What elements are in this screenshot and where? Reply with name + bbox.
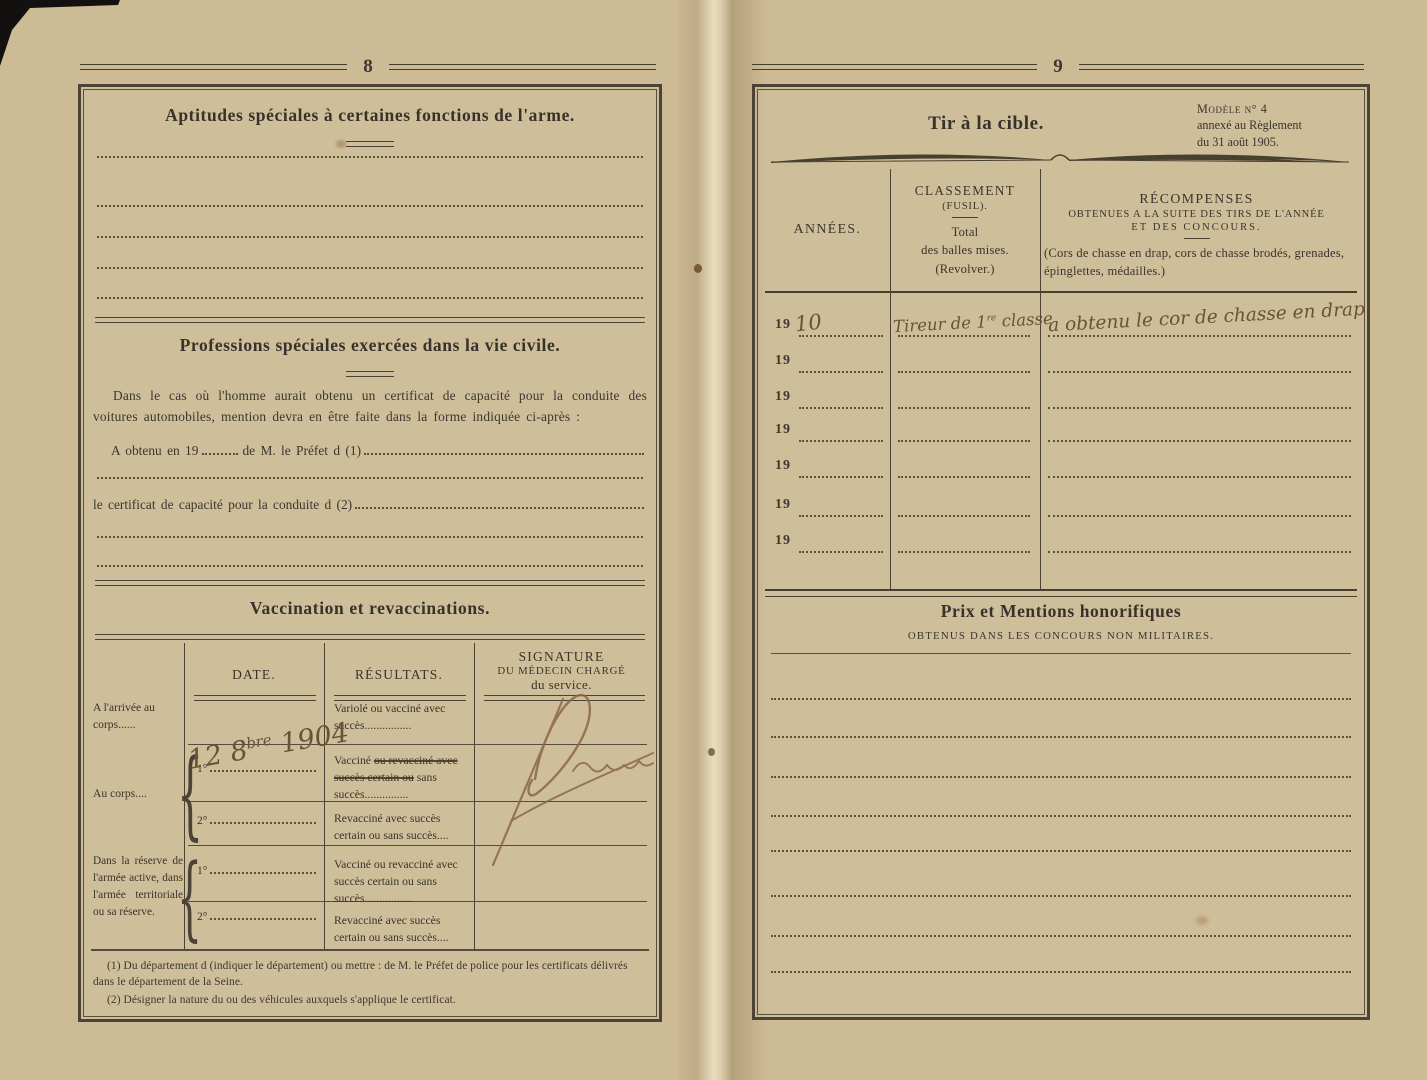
page-number-rule bbox=[752, 64, 1037, 70]
year-prefix: 19 bbox=[775, 422, 791, 438]
total-label: Total bbox=[890, 223, 1040, 241]
vaccination-table: DATE. RÉSULTATS. SIGNATURE DU MÉDECIN CH… bbox=[91, 643, 649, 955]
signature-header-line1: SIGNATURE bbox=[519, 649, 605, 664]
cell-dots bbox=[1048, 371, 1351, 373]
page8-content: Aptitudes spéciales à certaines fonction… bbox=[91, 87, 649, 1019]
paper-hole bbox=[708, 748, 715, 756]
signature-header-line2: DU MÉDECIN CHARGÉ bbox=[474, 665, 649, 677]
paper-hole bbox=[694, 264, 702, 273]
cell-dots bbox=[1048, 440, 1351, 442]
year-dots bbox=[799, 335, 883, 337]
year-dots bbox=[799, 440, 883, 442]
dotted-line bbox=[97, 536, 643, 538]
fusil-label: (FUSIL). bbox=[890, 201, 1040, 212]
doctor-signature bbox=[477, 681, 657, 871]
year-prefix: 19 bbox=[775, 458, 791, 474]
page9-number-row: 9 bbox=[752, 56, 1364, 78]
result-text: Revacciné avec succès certain ou sans su… bbox=[334, 811, 470, 845]
column-divider bbox=[324, 643, 325, 949]
year-dots bbox=[799, 407, 883, 409]
prix-subtitle: OBTENUS DANS LES CONCOURS NON MILITAIRES… bbox=[765, 630, 1357, 642]
year-dots bbox=[799, 371, 883, 373]
dotted-line bbox=[771, 815, 1351, 817]
balles-label: des balles mises. bbox=[890, 241, 1040, 259]
table-bottom-rule bbox=[91, 949, 649, 951]
result-text: Vacciné ou revacciné avec succès certain… bbox=[334, 857, 470, 908]
dotted-line bbox=[771, 653, 1351, 654]
ord-label: 2° bbox=[197, 911, 207, 923]
small-dash bbox=[1184, 238, 1210, 239]
recompenses-column-header: RÉCOMPENSES OBTENUES A LA SUITE DES TIRS… bbox=[1040, 191, 1353, 281]
military-booklet-scan: 8 Aptitudes spéciales à certaines foncti… bbox=[0, 0, 1427, 1080]
decorative-swell-rule bbox=[765, 147, 1355, 169]
dotted-line bbox=[771, 698, 1351, 700]
ord-label: 2° bbox=[197, 815, 207, 827]
tir-table: ANNÉES. CLASSEMENT (FUSIL). Total des ba… bbox=[765, 169, 1357, 599]
model-note-line2: annexé au Règlement bbox=[1197, 117, 1355, 133]
dotted-line bbox=[771, 736, 1351, 738]
revolver-label: (Revolver.) bbox=[890, 260, 1040, 278]
page8-frame: Aptitudes spéciales à certaines fonction… bbox=[78, 84, 662, 1022]
page-number-rule bbox=[389, 64, 656, 70]
footnote-2: (2) Désigner la nature du ou des véhicul… bbox=[93, 993, 647, 1009]
ord-row: 2° bbox=[197, 815, 319, 827]
dotted-line bbox=[97, 267, 643, 269]
blank-dots bbox=[364, 453, 644, 455]
tir-title: Tir à la cible. bbox=[765, 113, 1207, 135]
dotted-line bbox=[771, 850, 1351, 852]
brace: { bbox=[177, 845, 202, 951]
obtenu-line: A obtenu en 19 de M. le Préfet d (1) bbox=[111, 443, 647, 459]
recompenses-label: RÉCOMPENSES bbox=[1040, 191, 1353, 207]
footnote-1: (1) Du département d (indiquer le départ… bbox=[93, 959, 647, 991]
dotted-line bbox=[97, 205, 643, 207]
cell-dots bbox=[898, 335, 1030, 337]
ord-row: 2° bbox=[197, 911, 319, 923]
recompenses-sub2: ET DES CONCOURS. bbox=[1040, 222, 1353, 233]
cell-dots bbox=[898, 515, 1030, 517]
prix-title: Prix et Mentions honorifiques bbox=[765, 601, 1357, 622]
blank-dots bbox=[202, 453, 238, 455]
result-part: Vacciné bbox=[334, 754, 374, 767]
cell-dots bbox=[1048, 515, 1351, 517]
handwritten-year: 10 bbox=[794, 310, 823, 337]
dotted-line bbox=[771, 895, 1351, 897]
title-rule bbox=[346, 371, 394, 377]
professions-paragraph: Dans le cas où l'homme aurait obtenu un … bbox=[93, 385, 647, 428]
certificat-label: le certificat de capacité pour la condui… bbox=[93, 497, 352, 513]
classement-label: CLASSEMENT bbox=[890, 183, 1040, 199]
section-divider bbox=[95, 317, 645, 323]
page-number-rule bbox=[80, 64, 347, 70]
section-divider bbox=[95, 580, 645, 586]
year-prefix: 19 bbox=[775, 497, 791, 513]
dotted-line bbox=[97, 297, 643, 299]
header-heavy-rule bbox=[765, 291, 1357, 293]
obtenu-label: A obtenu en 19 bbox=[111, 443, 198, 459]
dotted-line bbox=[97, 477, 643, 479]
blank-dots bbox=[210, 872, 316, 874]
year-prefix: 19 bbox=[775, 389, 791, 405]
result-text: Vacciné ou revacciné avec succès certain… bbox=[334, 753, 470, 804]
year-prefix: 19 bbox=[775, 353, 791, 369]
page8-number: 8 bbox=[363, 56, 373, 78]
page9-frame: Tir à la cible. Modèle n° 4 annexé au Rè… bbox=[752, 84, 1370, 1020]
page9-content: Tir à la cible. Modèle n° 4 annexé au Rè… bbox=[765, 87, 1357, 1017]
years-header-label: ANNÉES. bbox=[765, 221, 890, 237]
dotted-line bbox=[771, 935, 1351, 937]
page9-number: 9 bbox=[1053, 56, 1063, 78]
header-underline bbox=[194, 695, 316, 701]
aptitudes-title: Aptitudes spéciales à certaines fonction… bbox=[91, 105, 649, 126]
model-note: Modèle n° 4 annexé au Règlement du 31 ao… bbox=[1197, 101, 1355, 150]
small-dash bbox=[952, 217, 978, 218]
hw-date-sup: bre bbox=[245, 731, 273, 753]
professions-title: Professions spéciales exercées dans la v… bbox=[91, 335, 649, 356]
dotted-line bbox=[97, 156, 643, 158]
blank-dots bbox=[355, 507, 644, 509]
ord-label: 1° bbox=[197, 865, 207, 877]
result-text: Variolé ou vacciné avec succès..........… bbox=[334, 701, 470, 735]
cell-dots bbox=[1048, 407, 1351, 409]
hw-class-part: classe bbox=[996, 309, 1053, 331]
cell-dots bbox=[1048, 335, 1351, 337]
section-divider bbox=[95, 634, 645, 640]
blank-dots bbox=[210, 770, 316, 772]
date-column-header: DATE. bbox=[184, 667, 324, 683]
prefet-label: de M. le Préfet d (1) bbox=[242, 443, 361, 459]
year-dots bbox=[799, 476, 883, 478]
cell-dots bbox=[898, 551, 1030, 553]
recompenses-sub1: OBTENUES A LA SUITE DES TIRS DE L'ANNÉE bbox=[1040, 209, 1353, 220]
cell-dots bbox=[1048, 551, 1351, 553]
hw-class-part: Tireur de 1 bbox=[893, 312, 988, 336]
dotted-line bbox=[97, 236, 643, 238]
blank-dots bbox=[210, 918, 316, 920]
footnotes: (1) Du département d (indiquer le départ… bbox=[93, 959, 647, 1011]
blank-dots bbox=[210, 822, 316, 824]
year-dots bbox=[799, 551, 883, 553]
title-rule bbox=[346, 141, 394, 147]
cell-dots bbox=[898, 371, 1030, 373]
dotted-line bbox=[97, 565, 643, 567]
vaccination-title: Vaccination et revaccinations. bbox=[91, 598, 649, 619]
ord-row: 1° bbox=[197, 865, 319, 877]
model-note-line1: Modèle n° 4 bbox=[1197, 101, 1355, 117]
row-label-arrivee: A l'arrivée au corps...... bbox=[93, 699, 181, 734]
handwritten-recompense: a obtenu le cor de chasse en drap bbox=[1048, 299, 1366, 337]
certificat-line: le certificat de capacité pour la condui… bbox=[93, 497, 647, 513]
recompenses-examples: (Cors de chasse en drap, cors de chasse … bbox=[1040, 244, 1353, 281]
result-struck: ou revacciné avec bbox=[374, 754, 458, 767]
page8-number-row: 8 bbox=[80, 56, 656, 78]
year-prefix: 19 bbox=[775, 317, 791, 333]
handwritten-classement: Tireur de 1re classe bbox=[893, 309, 1054, 336]
year-dots bbox=[799, 515, 883, 517]
cell-dots bbox=[1048, 476, 1351, 478]
results-column-header: RÉSULTATS. bbox=[324, 667, 474, 683]
years-column-header: ANNÉES. bbox=[765, 221, 890, 237]
year-prefix: 19 bbox=[775, 533, 791, 549]
cell-dots bbox=[898, 407, 1030, 409]
result-text: Revacciné avec succès certain ou sans su… bbox=[334, 913, 470, 947]
page-number-rule bbox=[1079, 64, 1364, 70]
table-end-rule bbox=[765, 589, 1357, 597]
dotted-line bbox=[771, 971, 1351, 973]
cell-dots bbox=[898, 440, 1030, 442]
classement-column-header: CLASSEMENT (FUSIL). Total des balles mis… bbox=[890, 183, 1040, 278]
row-label-corps: Au corps.... bbox=[93, 785, 181, 802]
cell-dots bbox=[898, 476, 1030, 478]
row-label-reserve: Dans la réserve de l'armée active, dans … bbox=[93, 853, 183, 921]
dotted-line bbox=[771, 776, 1351, 778]
result-struck: succès certain ou bbox=[334, 771, 414, 784]
